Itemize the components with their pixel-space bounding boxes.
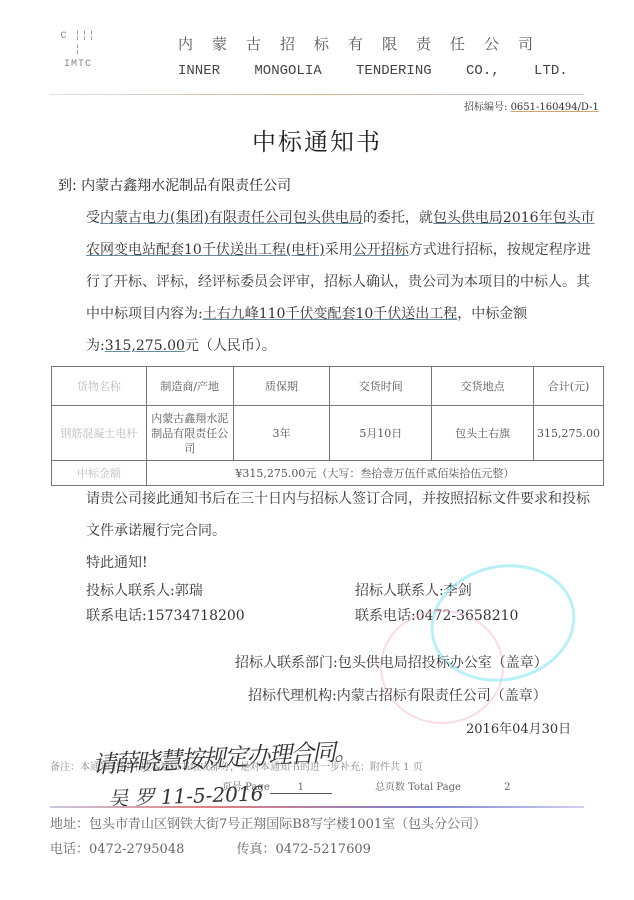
cell-manufacturer: 内蒙古鑫翔水泥制品有限责任公司 <box>146 406 233 461</box>
bid-number: 招标编号: 0651-160494/D-1 <box>464 98 599 113</box>
document-title: 中标通知书 <box>0 122 634 157</box>
recipient-label: 到: <box>58 178 77 194</box>
label: 招标代理机构: <box>248 688 337 704</box>
bidder-phone: 联系电话:15734718200 <box>86 605 245 625</box>
tender-method: 公开招标 <box>353 242 409 258</box>
client-name: 内蒙古电力(集团)有限责任公司包头供电局 <box>100 210 363 226</box>
recipient-name: 内蒙古鑫翔水泥制品有限责任公司 <box>81 178 291 194</box>
tenderer-department: 招标人联系部门:包头供电局招投标办公室（盖章） <box>235 652 548 672</box>
value: 内蒙古招标有限责任公司（盖章） <box>337 688 547 704</box>
award-paragraph: 受内蒙古电力(集团)有限责任公司包头供电局的委托，就包头供电局2016年包头市农… <box>58 202 598 362</box>
table-total-row: 中标金额 ¥315,275.00元（大写：叁拾壹万伍仟贰佰柒拾伍元整） <box>52 461 604 486</box>
th-total: 合计(元) <box>534 367 604 406</box>
table-header-row: 货物名称 制造商/产地 质保期 交货时间 交货地点 合计(元) <box>52 367 604 406</box>
bid-number-label: 招标编号: <box>464 102 507 113</box>
label: 投标人联系人: <box>86 583 175 599</box>
th-delivery-time: 交货时间 <box>330 367 432 406</box>
recipient: 到: 内蒙古鑫翔水泥制品有限责任公司 <box>58 175 291 195</box>
tender-agent: 招标代理机构:内蒙古招标有限责任公司（盖章） <box>248 685 547 705</box>
footer-phone: 电话：0472-2795048 <box>50 842 184 857</box>
footer-fax: 传真：0472-5217609 <box>237 842 371 857</box>
company-name-cn: 内蒙古招标有限责任公司 <box>178 33 552 54</box>
page-value: 1 <box>270 782 332 794</box>
th-manufacturer: 制造商/产地 <box>146 367 233 406</box>
cell-delivery-place: 包头土右旗 <box>432 406 534 461</box>
footer-contact: 电话：0472-2795048 传真：0472-5217609 <box>50 838 371 857</box>
text: 采用 <box>325 242 353 258</box>
th-warranty: 质保期 <box>233 367 330 406</box>
total-value: ¥315,275.00元（大写：叁拾壹万伍仟贰佰柒拾伍元整） <box>146 461 603 486</box>
pagination: 页号 Page1 总页数 Total Page 2 <box>222 778 511 794</box>
logo-abbr: IMTC <box>58 58 98 72</box>
text: 元（人民币）。 <box>185 338 276 354</box>
text: 受 <box>86 210 100 226</box>
table-row: 钢筋混凝土电杆 内蒙古鑫翔水泥制品有限责任公司 3年 5月10日 包头土右旗 3… <box>52 406 604 461</box>
award-amount: 315,275.00 <box>105 338 185 354</box>
label: 联系电话: <box>86 608 147 624</box>
label: 招标人联系人: <box>355 583 444 599</box>
cell-total: 315,275.00 <box>534 406 604 461</box>
th-goods: 货物名称 <box>52 367 147 406</box>
footer-divider <box>50 806 584 808</box>
logo-mark: C ¦¦¦ ¦ <box>58 30 98 58</box>
cell-delivery-time: 5月10日 <box>330 406 432 461</box>
total-label: 中标金额 <box>52 461 147 486</box>
cell-warranty: 3年 <box>233 406 330 461</box>
value: 15734718200 <box>147 608 245 624</box>
award-table: 货物名称 制造商/产地 质保期 交货时间 交货地点 合计(元) 钢筋混凝土电杆 … <box>51 366 604 486</box>
footer-address: 地址：包头市青山区钢铁大街7号正翔国际B8写字楼1001室（包头分公司） <box>50 813 486 832</box>
th-delivery-place: 交货地点 <box>432 367 534 406</box>
total-pages-label: 总页数 Total Page <box>375 782 461 793</box>
bid-number-value: 0651-160494/D-1 <box>511 102 599 113</box>
header-divider <box>50 94 584 95</box>
award-content: 土右九峰110千伏变配套10千伏送出工程 <box>203 306 458 322</box>
cell-goods: 钢筋混凝土电杆 <box>52 406 147 461</box>
company-logo: C ¦¦¦ ¦ IMTC <box>58 30 98 72</box>
issue-date: 2016年04月30日 <box>466 718 571 737</box>
total-pages-value: 2 <box>504 782 510 793</box>
value: 郭瑞 <box>175 583 203 599</box>
label: 招标人联系部门: <box>235 655 338 671</box>
text: 的委托，就 <box>363 210 433 226</box>
company-name-en: INNER MONGOLIA TENDERING CO., LTD. <box>178 63 568 79</box>
bidder-contact: 投标人联系人:郭瑞 <box>86 580 203 600</box>
value: 包头供电局招投标办公室（盖章） <box>338 655 548 671</box>
contract-text: 请贵公司接此通知书后在三十日内与招标人签订合同，并按照招标文件要求和投标文件承诺… <box>58 483 598 547</box>
